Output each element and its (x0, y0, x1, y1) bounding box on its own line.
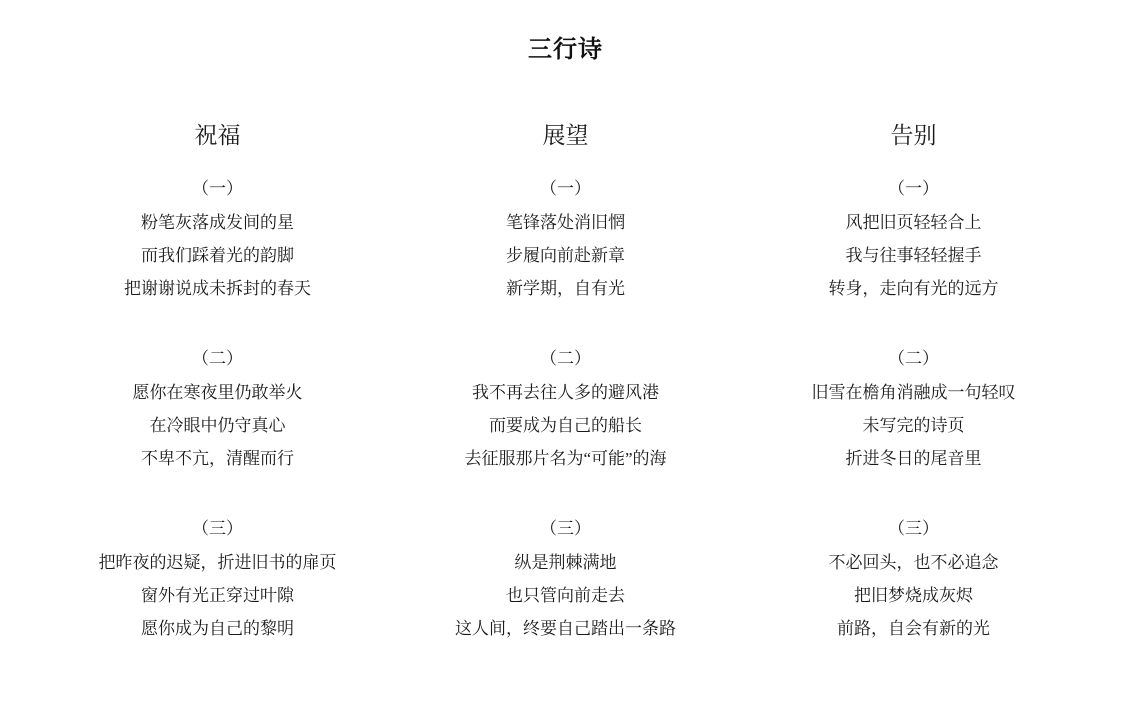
poem-column-farewell: 告别 （一） 风把旧页轻轻合上 我与往事轻轻握手 转身，走向有光的远方 （二） … (740, 120, 1088, 645)
stanza-3: （三） 纵是荆棘满地 也只管向前走去 这人间，终要自己踏出一条路 (392, 518, 740, 645)
stanza-1: （一） 风把旧页轻轻合上 我与往事轻轻握手 转身，走向有光的远方 (740, 178, 1088, 305)
verse-line: 旧雪在檐角消融成一句轻叹 (740, 376, 1088, 409)
verse-line: 不卑不亢，清醒而行 (44, 442, 392, 475)
verse-line: 笔锋落处消旧惘 (392, 206, 740, 239)
column-title: 告别 (740, 120, 1088, 151)
stanza-number: （三） (44, 518, 392, 540)
verses: 不必回头，也不必追念 把旧梦烧成灰烬 前路，自会有新的光 (740, 546, 1088, 645)
stanza-number: （一） (392, 178, 740, 200)
stanza-2: （二） 我不再去往人多的避风港 而要成为自己的船长 去征服那片名为“可能”的海 (392, 348, 740, 475)
verses: 风把旧页轻轻合上 我与往事轻轻握手 转身，走向有光的远方 (740, 206, 1088, 305)
verse-line: 不必回头，也不必追念 (740, 546, 1088, 579)
stanza-1: （一） 笔锋落处消旧惘 步履向前赴新章 新学期，自有光 (392, 178, 740, 305)
verse-line: 我不再去往人多的避风港 (392, 376, 740, 409)
verse-line: 这人间，终要自己踏出一条路 (392, 612, 740, 645)
verse-line: 去征服那片名为“可能”的海 (392, 442, 740, 475)
verse-line: 折进冬日的尾音里 (740, 442, 1088, 475)
verse-line: 而要成为自己的船长 (392, 409, 740, 442)
stanza-3: （三） 不必回头，也不必追念 把旧梦烧成灰烬 前路，自会有新的光 (740, 518, 1088, 645)
column-title: 展望 (392, 120, 740, 151)
verse-line: 愿你成为自己的黎明 (44, 612, 392, 645)
stanza-3: （三） 把昨夜的迟疑，折进旧书的扉页 窗外有光正穿过叶隙 愿你成为自己的黎明 (44, 518, 392, 645)
stanza-1: （一） 粉笔灰落成发间的星 而我们踩着光的韵脚 把谢谢说成未拆封的春天 (44, 178, 392, 305)
verse-line: 在冷眼中仍守真心 (44, 409, 392, 442)
stanza-number: （一） (740, 178, 1088, 200)
verse-line: 我与往事轻轻握手 (740, 239, 1088, 272)
stanza-2: （二） 愿你在寒夜里仍敢举火 在冷眼中仍守真心 不卑不亢，清醒而行 (44, 348, 392, 475)
verses: 粉笔灰落成发间的星 而我们踩着光的韵脚 把谢谢说成未拆封的春天 (44, 206, 392, 305)
stanza-number: （三） (740, 518, 1088, 540)
verses: 把昨夜的迟疑，折进旧书的扉页 窗外有光正穿过叶隙 愿你成为自己的黎明 (44, 546, 392, 645)
stanza-number: （二） (740, 348, 1088, 370)
verse-line: 新学期，自有光 (392, 272, 740, 305)
verse-line: 把旧梦烧成灰烬 (740, 579, 1088, 612)
verse-line: 粉笔灰落成发间的星 (44, 206, 392, 239)
verse-line: 把谢谢说成未拆封的春天 (44, 272, 392, 305)
verse-line: 把昨夜的迟疑，折进旧书的扉页 (44, 546, 392, 579)
column-title: 祝福 (44, 120, 392, 151)
poems-grid: 祝福 （一） 粉笔灰落成发间的星 而我们踩着光的韵脚 把谢谢说成未拆封的春天 （… (44, 120, 1088, 645)
poem-column-outlook: 展望 （一） 笔锋落处消旧惘 步履向前赴新章 新学期，自有光 （二） 我不再去往… (392, 120, 740, 645)
verses: 我不再去往人多的避风港 而要成为自己的船长 去征服那片名为“可能”的海 (392, 376, 740, 475)
stanza-number: （一） (44, 178, 392, 200)
verses: 纵是荆棘满地 也只管向前走去 这人间，终要自己踏出一条路 (392, 546, 740, 645)
stanza-number: （二） (44, 348, 392, 370)
stanza-number: （三） (392, 518, 740, 540)
verse-line: 窗外有光正穿过叶隙 (44, 579, 392, 612)
verse-line: 也只管向前走去 (392, 579, 740, 612)
stanza-number: （二） (392, 348, 740, 370)
verse-line: 而我们踩着光的韵脚 (44, 239, 392, 272)
verses: 愿你在寒夜里仍敢举火 在冷眼中仍守真心 不卑不亢，清醒而行 (44, 376, 392, 475)
verse-line: 步履向前赴新章 (392, 239, 740, 272)
verse-line: 未写完的诗页 (740, 409, 1088, 442)
verse-line: 纵是荆棘满地 (392, 546, 740, 579)
page-title: 三行诗 (0, 36, 1131, 64)
stanza-2: （二） 旧雪在檐角消融成一句轻叹 未写完的诗页 折进冬日的尾音里 (740, 348, 1088, 475)
verses: 笔锋落处消旧惘 步履向前赴新章 新学期，自有光 (392, 206, 740, 305)
verse-line: 风把旧页轻轻合上 (740, 206, 1088, 239)
verse-line: 转身，走向有光的远方 (740, 272, 1088, 305)
verse-line: 前路，自会有新的光 (740, 612, 1088, 645)
verse-line: 愿你在寒夜里仍敢举火 (44, 376, 392, 409)
poem-column-blessing: 祝福 （一） 粉笔灰落成发间的星 而我们踩着光的韵脚 把谢谢说成未拆封的春天 （… (44, 120, 392, 645)
verses: 旧雪在檐角消融成一句轻叹 未写完的诗页 折进冬日的尾音里 (740, 376, 1088, 475)
